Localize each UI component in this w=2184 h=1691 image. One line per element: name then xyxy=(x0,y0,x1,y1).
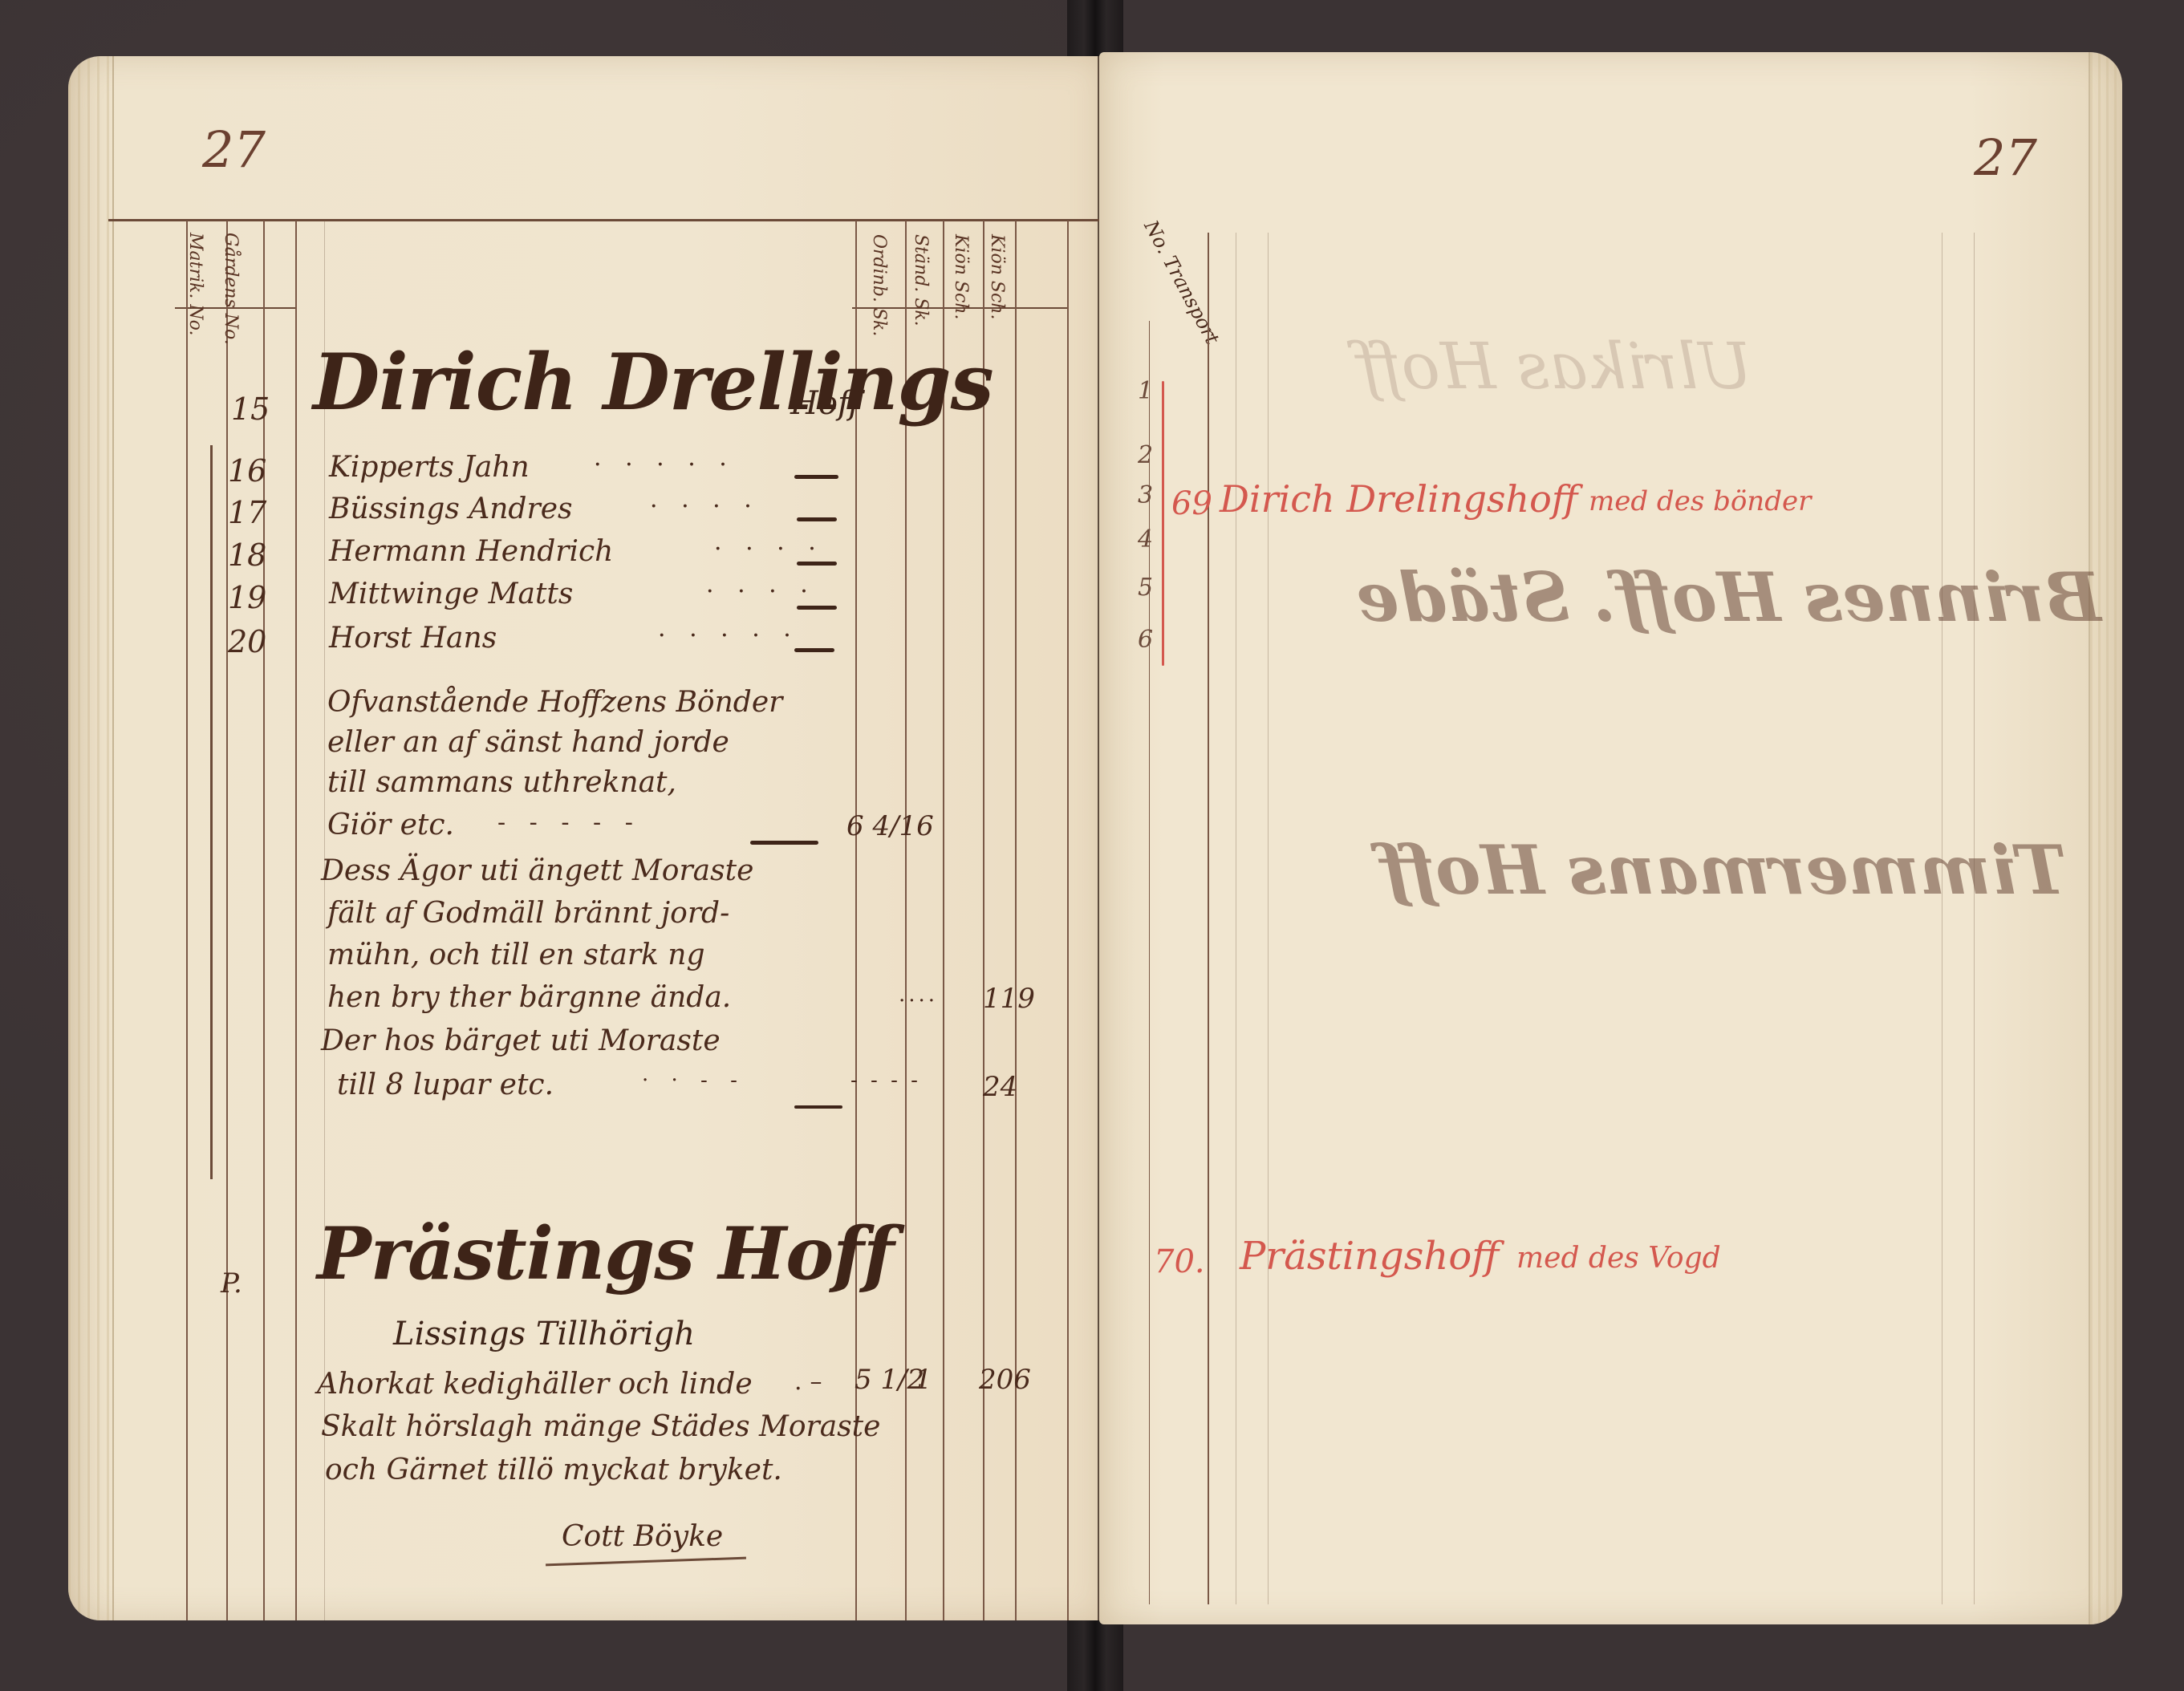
amount-col-2: 1 xyxy=(915,1364,932,1396)
gutter xyxy=(1098,56,1099,1620)
col-rule xyxy=(943,221,944,1620)
nil-dash xyxy=(797,562,837,566)
leader-dots: .– xyxy=(794,1368,830,1396)
red-entry-text: Dirich Drelingshoff xyxy=(1220,477,1577,521)
col-rule xyxy=(983,221,984,1620)
amount: 119 xyxy=(983,983,1035,1015)
entry-number: 18 xyxy=(228,537,266,573)
entry-number: 15 xyxy=(231,391,270,427)
red-entry-suffix: med des bönder xyxy=(1589,485,1811,517)
col-rule xyxy=(1015,221,1017,1620)
nil-dash xyxy=(794,1105,842,1109)
leader-dots: · · · · xyxy=(714,535,824,563)
header-col-1: Ordinb. Sk. xyxy=(869,234,889,336)
header-matrik-no: Matrik. No. xyxy=(185,233,205,335)
col-rule xyxy=(1268,233,1269,1604)
margin-number: 2 xyxy=(1138,441,1153,469)
red-entry-text: Prästingshoff xyxy=(1240,1234,1499,1279)
section-title-suffix: Hoff xyxy=(790,385,860,422)
leader-dots: · · · · · xyxy=(594,451,735,479)
right-page-number: 27 xyxy=(1974,128,2037,187)
margin-number: 6 xyxy=(1138,626,1153,654)
col-rule xyxy=(1236,233,1236,1604)
header-col-2: Ständ. Sk. xyxy=(911,234,931,326)
entry-number: 16 xyxy=(228,453,266,489)
paragraph-line: Skalt hörslagh mänge Städes Moraste xyxy=(321,1410,880,1443)
margin-number: 1 xyxy=(1138,377,1153,405)
col-rule xyxy=(186,221,188,1620)
margin-number: 3 xyxy=(1138,481,1153,509)
paragraph-line: och Gärnet tillö myckat bryket. xyxy=(325,1454,782,1486)
red-bracket xyxy=(1162,381,1164,666)
paragraph-line: mühn, och till en stark ng xyxy=(327,939,705,971)
col-rule xyxy=(1208,233,1209,1604)
bleed-through-text: Brinnes Hoff. Städe xyxy=(1356,558,2101,637)
entry-name: Hermann Hendrich xyxy=(329,535,613,568)
leader-dots: · · · · xyxy=(650,493,760,521)
leader-dots: · · · · xyxy=(706,578,816,606)
leader-dots: - - - - xyxy=(850,1069,921,1093)
red-entry-suffix: med des Vogd xyxy=(1516,1242,1721,1275)
paragraph-line: Der hos bärget uti Moraste xyxy=(321,1024,721,1057)
nil-dash xyxy=(794,648,834,652)
col-rule xyxy=(905,221,907,1620)
col-rule xyxy=(226,221,228,1620)
entry-number: 19 xyxy=(228,580,266,615)
header-col-3: Kiön Sch. xyxy=(951,234,971,319)
entry-name: Büssings Andres xyxy=(329,493,572,525)
section-title-prastings-hoff: Prästings Hoff xyxy=(317,1211,894,1296)
header-rule xyxy=(108,219,1099,221)
margin-number: 4 xyxy=(1138,525,1153,554)
entry-name: Kipperts Jahn xyxy=(329,451,530,484)
leader-dots: .... xyxy=(899,983,938,1007)
paragraph-line: till sammans uthreknat, xyxy=(327,766,676,799)
paragraph-line: Ahorkat kedighäller och linde xyxy=(317,1368,753,1401)
leader-dots: - - - - - xyxy=(497,809,641,837)
bleed-through-text: Ulrikas Hoff xyxy=(1356,329,1752,403)
bracket-line xyxy=(210,445,213,1179)
margin-mark: P. xyxy=(221,1267,242,1300)
entry-name: Mittwinge Matts xyxy=(329,578,573,610)
margin-number: 5 xyxy=(1138,574,1153,602)
entry-name: Horst Hans xyxy=(329,622,497,655)
nil-dash xyxy=(794,475,838,479)
paragraph-line: Giör etc. xyxy=(327,809,454,841)
col-rule xyxy=(1974,233,1975,1604)
nil-dash xyxy=(750,841,818,845)
paragraph-line: eller an af sänst hand jorde xyxy=(327,726,729,759)
amount-col-3: 206 xyxy=(979,1364,1031,1396)
leader-dots: · · - - xyxy=(642,1069,745,1093)
header-col-4: Kiön Sch. xyxy=(987,234,1007,319)
paragraph-line: till 8 lupar etc. xyxy=(337,1069,554,1101)
header-gardens-no: Gårdens No. xyxy=(221,233,241,345)
col-rule xyxy=(1067,221,1069,1620)
red-entry-number: 70. xyxy=(1154,1243,1205,1280)
nil-dash xyxy=(797,606,837,610)
col-rule xyxy=(1149,321,1150,1604)
section-title-dirich-drellings: Dirich Drellings xyxy=(313,337,993,428)
leader-dots: · · · · · xyxy=(658,622,799,650)
signature: Cott Böyke xyxy=(562,1520,723,1553)
left-page-number: 27 xyxy=(202,120,266,179)
col-rule xyxy=(295,221,297,1620)
section-subtitle: Lissings Tillhörigh xyxy=(393,1316,695,1352)
paragraph-line: Ofvanstående Hoffzens Bönder xyxy=(327,686,782,719)
paragraph-line: fält af Godmäll brännt jord- xyxy=(327,897,729,930)
entry-number: 20 xyxy=(228,624,266,659)
nil-dash xyxy=(797,517,837,521)
red-entry-number: 69 xyxy=(1171,485,1212,522)
entry-number: 17 xyxy=(228,495,266,530)
amount: 6 4/16 xyxy=(846,810,934,842)
col-rule xyxy=(1942,233,1942,1604)
bleed-through-text: Timmermans Hoff xyxy=(1380,830,2067,910)
paragraph-line: hen bry ther bärgnne ända. xyxy=(327,981,731,1014)
amount: 24 xyxy=(983,1071,1017,1103)
col-rule xyxy=(263,221,265,1620)
paragraph-line: Dess Ägor uti ängett Moraste xyxy=(321,854,753,887)
